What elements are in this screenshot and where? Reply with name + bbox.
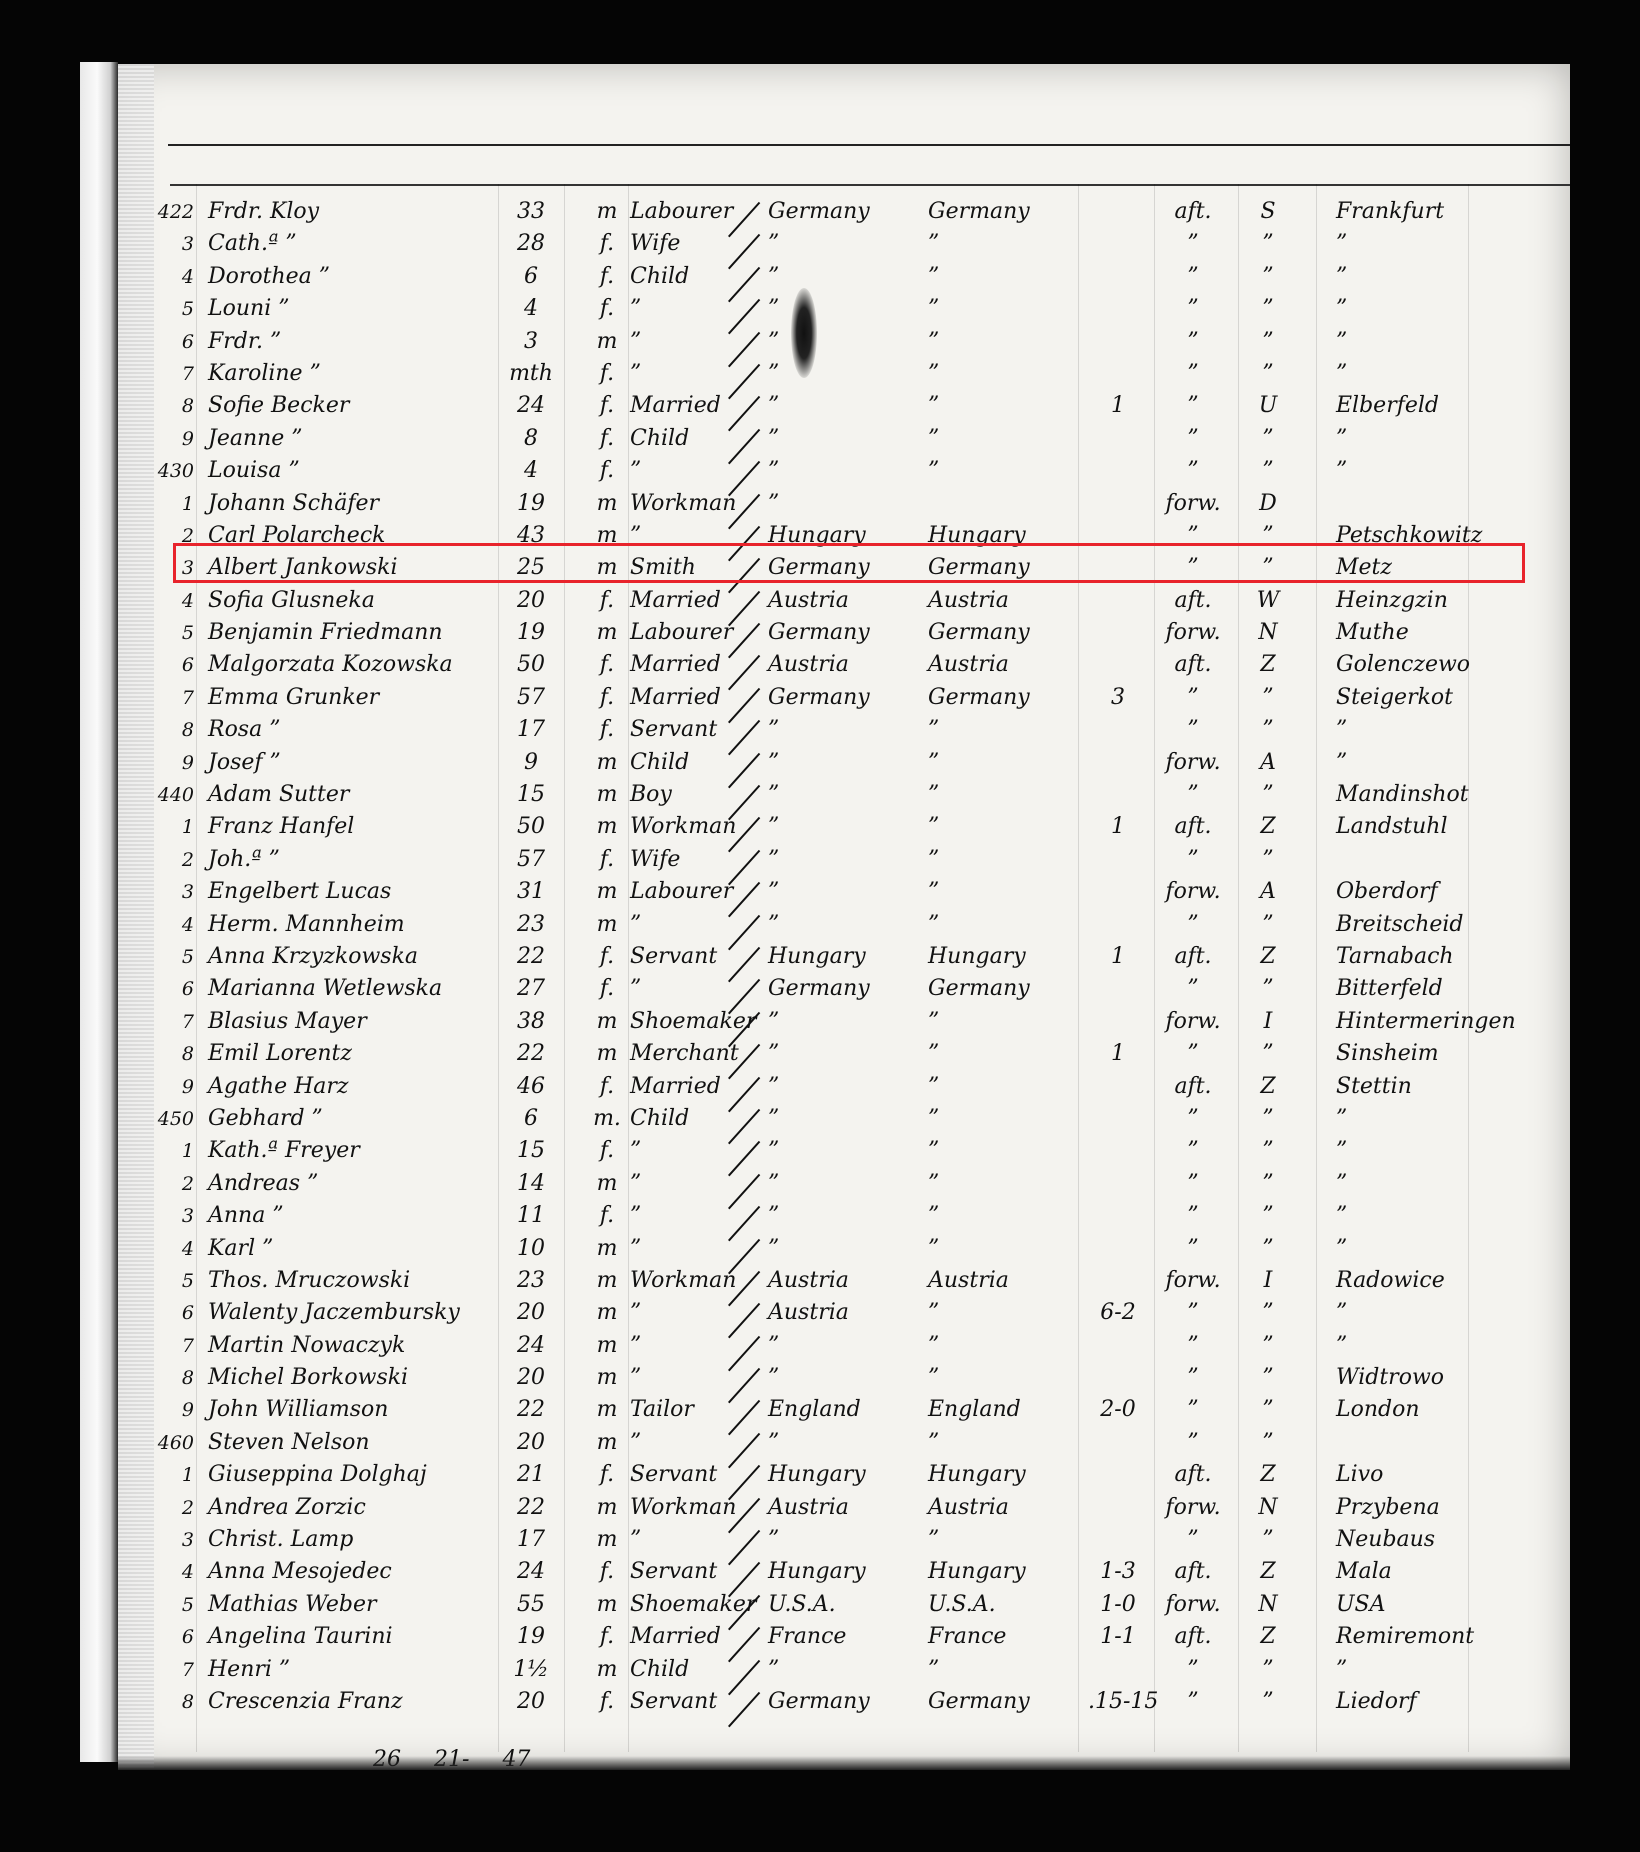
age: 23 [506,1265,556,1297]
destination: ” [1336,1330,1347,1362]
sex: m [592,1394,622,1426]
citizenship: ” [768,1200,779,1232]
row-number: 5 [152,1589,194,1621]
compartment: ” [1158,261,1228,293]
row-number: 3 [152,552,194,584]
age: 57 [506,844,556,876]
section: Z [1248,941,1288,973]
sex: f. [592,1071,622,1103]
table-row: 460Steven Nelson20m””””” [118,1427,1570,1459]
row-number: 7 [152,358,194,390]
age: 24 [506,390,556,422]
section: U [1248,390,1288,422]
age: 9 [506,747,556,779]
age: 50 [506,649,556,681]
occupation: Servant [630,1686,717,1718]
compartment: forw. [1158,1492,1228,1524]
citizenship: ” [768,876,779,908]
passenger-name: Andreas ” [208,1168,318,1200]
compartment: ” [1158,520,1228,552]
compartment: ” [1158,1330,1228,1362]
nationality: ” [928,844,939,876]
nationality: Germany [928,617,1030,649]
sex: m [592,1524,622,1556]
passenger-name: Gebhard ” [208,1103,323,1135]
citizenship: ” [768,455,779,487]
citizenship: ” [768,1038,779,1070]
citizenship: ” [768,423,779,455]
passenger-name: Henri ” [208,1654,290,1686]
nationality: ” [928,1006,939,1038]
sex: m [592,1265,622,1297]
citizenship: ” [768,1135,779,1167]
passenger-name: Walenty Jaczembursky [208,1297,460,1329]
row-number: 4 [152,585,194,617]
table-row: 5Thos. Mruczowski23mWorkmanAustriaAustri… [118,1265,1570,1297]
sex: m [592,520,622,552]
nationality: ” [928,1233,939,1265]
table-row: 5Mathias Weber55mShoemakerU.S.A.U.S.A.1-… [118,1589,1570,1621]
occupation: Married [630,1071,721,1103]
age: 22 [506,1492,556,1524]
tally-note: 1-0 [1088,1589,1148,1621]
age: 1½ [506,1654,556,1686]
compartment: forw. [1158,1006,1228,1038]
destination: Muthe [1336,617,1409,649]
table-row: 9John Williamson22mTailorEnglandEngland2… [118,1394,1570,1426]
row-number: 4 [152,1233,194,1265]
sex: m [592,779,622,811]
age: 28 [506,228,556,260]
destination: Stettin [1336,1071,1412,1103]
passenger-name: Crescenzia Franz [208,1686,403,1718]
section: ” [1248,1135,1288,1167]
sex: m [592,1233,622,1265]
row-number: 7 [152,1006,194,1038]
section: ” [1248,1297,1288,1329]
destination: ” [1336,714,1347,746]
section: ” [1248,520,1288,552]
age: 22 [506,1038,556,1070]
section: I [1248,1265,1288,1297]
book-binding [80,62,118,1762]
age: 31 [506,876,556,908]
sex: m [592,747,622,779]
section: ” [1248,1038,1288,1070]
table-row: 7Karoline ”mthf.”””””” [118,358,1570,390]
row-number: 450 [152,1103,194,1135]
row-number: 8 [152,1362,194,1394]
citizenship: Germany [768,1686,870,1718]
passenger-list: 422Frdr. Kloy33mLabourerGermanyGermanyaf… [118,196,1570,1718]
sex: m [592,1362,622,1394]
compartment: forw. [1158,617,1228,649]
passenger-name: Louni ” [208,293,289,325]
age: mth [506,358,556,390]
nationality: ” [928,1071,939,1103]
table-row: 1Franz Hanfel50mWorkman””1aft.ZLandstuhl [118,811,1570,843]
occupation: Child [630,423,689,455]
compartment: forw. [1158,747,1228,779]
occupation: ” [630,293,641,325]
sex: f. [592,941,622,973]
citizenship: ” [768,844,779,876]
table-row: 2Andreas ”14m”””””” [118,1168,1570,1200]
row-number: 430 [152,455,194,487]
compartment: ” [1158,1297,1228,1329]
sex: m [592,1038,622,1070]
age: 17 [506,714,556,746]
nationality: ” [928,1427,939,1459]
nationality: ” [928,1168,939,1200]
occupation: Servant [630,941,717,973]
row-number: 9 [152,1071,194,1103]
citizenship: Austria [768,1297,849,1329]
occupation: Married [630,1621,721,1653]
occupation: Smith [630,552,696,584]
passenger-name: Johann Schäfer [208,488,379,520]
sex: m [592,876,622,908]
manifest-page: 422Frdr. Kloy33mLabourerGermanyGermanyaf… [118,64,1570,1770]
nationality: Germany [928,973,1030,1005]
occupation: ” [630,973,641,1005]
compartment: ” [1158,909,1228,941]
nationality: Hungary [928,1459,1026,1491]
nationality: ” [928,714,939,746]
passenger-name: Michel Borkowski [208,1362,408,1394]
passenger-name: Engelbert Lucas [208,876,391,908]
nationality: ” [928,1524,939,1556]
occupation: Workman [630,811,736,843]
section: Z [1248,1459,1288,1491]
passenger-name: Benjamin Friedmann [208,617,443,649]
destination: ” [1336,293,1347,325]
nationality: ” [928,390,939,422]
destination: Radowice [1336,1265,1445,1297]
occupation: Servant [630,714,717,746]
age: 46 [506,1071,556,1103]
passenger-name: Marianna Wetlewska [208,973,442,1005]
compartment: ” [1158,1686,1228,1718]
destination: ” [1336,423,1347,455]
age: 4 [506,293,556,325]
section: ” [1248,1427,1288,1459]
occupation: Shoemaker [630,1589,756,1621]
tally-note: 1-3 [1088,1556,1148,1588]
section: ” [1248,261,1288,293]
destination: Breitscheid [1336,909,1464,941]
passenger-name: Sofie Becker [208,390,349,422]
nationality: ” [928,423,939,455]
page-bottom-shadow [118,1756,1570,1770]
compartment: ” [1158,423,1228,455]
compartment: forw. [1158,1265,1228,1297]
row-number: 422 [152,196,194,228]
nationality: ” [928,1103,939,1135]
occupation: ” [630,1135,641,1167]
citizenship: Hungary [768,1556,866,1588]
section: ” [1248,844,1288,876]
passenger-name: Carl Polarcheck [208,520,385,552]
sex: m [592,552,622,584]
nationality: ” [928,1362,939,1394]
compartment: aft. [1158,941,1228,973]
citizenship: ” [768,714,779,746]
row-number: 5 [152,941,194,973]
nationality: ” [928,1330,939,1362]
nationality: ” [928,1297,939,1329]
section: ” [1248,1168,1288,1200]
citizenship: ” [768,747,779,779]
sex: f. [592,649,622,681]
age: 20 [506,1427,556,1459]
occupation: ” [630,1200,641,1232]
age: 23 [506,909,556,941]
table-row: 7Henri ”1½mChild””””” [118,1654,1570,1686]
compartment: ” [1158,1524,1228,1556]
row-number: 2 [152,844,194,876]
destination: Bitterfeld [1336,973,1443,1005]
tally-note: 3 [1088,682,1148,714]
sex: f. [592,1686,622,1718]
row-number: 1 [152,811,194,843]
destination: ” [1336,1654,1347,1686]
destination: ” [1336,455,1347,487]
passenger-name: Anna Mesojedec [208,1556,392,1588]
sex: m [592,1589,622,1621]
table-row: 3Anna ”11f.”””””” [118,1200,1570,1232]
age: 19 [506,1621,556,1653]
nationality: ” [928,1038,939,1070]
citizenship: Austria [768,1492,849,1524]
table-row: 8Michel Borkowski20m”””””Widtrowo [118,1362,1570,1394]
destination: Tarnabach [1336,941,1454,973]
occupation: Wife [630,844,680,876]
section: ” [1248,552,1288,584]
age: 24 [506,1330,556,1362]
passenger-name: Martin Nowaczyk [208,1330,405,1362]
citizenship: ” [768,909,779,941]
sex: f. [592,1621,622,1653]
citizenship: ” [768,488,779,520]
citizenship: Germany [768,617,870,649]
destination: Petschkowitz [1336,520,1482,552]
age: 20 [506,585,556,617]
sex: m [592,488,622,520]
compartment: aft. [1158,1556,1228,1588]
destination: Mandinshot [1336,779,1469,811]
passenger-name: Jeanne ” [208,423,303,455]
destination: ” [1336,1103,1347,1135]
destination: Elberfeld [1336,390,1439,422]
citizenship: Germany [768,552,870,584]
age: 19 [506,617,556,649]
section: ” [1248,293,1288,325]
citizenship: U.S.A. [768,1589,836,1621]
age: 19 [506,488,556,520]
nationality: Germany [928,552,1030,584]
section: A [1248,876,1288,908]
row-number: 7 [152,682,194,714]
row-number: 6 [152,1621,194,1653]
row-number: 9 [152,423,194,455]
compartment: ” [1158,973,1228,1005]
occupation: ” [630,1427,641,1459]
table-row: 6Marianna Wetlewska27f.”GermanyGermany””… [118,973,1570,1005]
occupation: Child [630,261,689,293]
table-row: 2Carl Polarcheck43m”HungaryHungary””Pets… [118,520,1570,552]
destination: Przybena [1336,1492,1440,1524]
section: N [1248,1589,1288,1621]
section: ” [1248,358,1288,390]
passenger-name: Angelina Taurini [208,1621,393,1653]
age: 11 [506,1200,556,1232]
compartment: ” [1158,682,1228,714]
destination: Widtrowo [1336,1362,1444,1394]
age: 33 [506,196,556,228]
sex: m [592,196,622,228]
age: 14 [506,1168,556,1200]
row-number: 7 [152,1330,194,1362]
occupation: Child [630,1654,689,1686]
section: ” [1248,326,1288,358]
sex: m [592,909,622,941]
section: ” [1248,682,1288,714]
occupation: Workman [630,1265,736,1297]
occupation: Married [630,649,721,681]
sex: f. [592,293,622,325]
table-row: 7Martin Nowaczyk24m”””””” [118,1330,1570,1362]
nationality: Germany [928,196,1030,228]
row-number: 2 [152,1492,194,1524]
compartment: aft. [1158,585,1228,617]
occupation: Servant [630,1556,717,1588]
row-number: 4 [152,909,194,941]
destination: ” [1336,326,1347,358]
destination: Sinsheim [1336,1038,1439,1070]
age: 20 [506,1686,556,1718]
sex: f. [592,1459,622,1491]
compartment: aft. [1158,811,1228,843]
citizenship: ” [768,779,779,811]
table-row: 8Sofie Becker24f.Married””1”UElberfeld [118,390,1570,422]
table-row: 3Christ. Lamp17m”””””Neubaus [118,1524,1570,1556]
passenger-name: Mathias Weber [208,1589,377,1621]
section: A [1248,747,1288,779]
sex: m [592,1492,622,1524]
nationality: U.S.A. [928,1589,996,1621]
section: ” [1248,1233,1288,1265]
nationality: ” [928,261,939,293]
occupation: Child [630,747,689,779]
destination: ” [1336,1297,1347,1329]
passenger-name: Malgorzata Kozowska [208,649,453,681]
table-row: 422Frdr. Kloy33mLabourerGermanyGermanyaf… [118,196,1570,228]
passenger-name: Joh.ª ” [208,844,280,876]
row-number: 1 [152,1135,194,1167]
compartment: ” [1158,390,1228,422]
destination: Mala [1336,1556,1392,1588]
section: ” [1248,1103,1288,1135]
citizenship: ” [768,390,779,422]
table-row: 1Kath.ª Freyer15f.”””””” [118,1135,1570,1167]
table-row-highlighted: 3Albert Jankowski25mSmithGermanyGermany”… [118,552,1570,584]
passenger-name: Thos. Mruczowski [208,1265,410,1297]
compartment: forw. [1158,488,1228,520]
table-row: 4Anna Mesojedec24f.ServantHungaryHungary… [118,1556,1570,1588]
sex: f. [592,844,622,876]
occupation: Tailor [630,1394,694,1426]
destination: Frankfurt [1336,196,1444,228]
table-row: 8Rosa ”17f.Servant””””” [118,714,1570,746]
destination: ” [1336,1135,1347,1167]
sex: m [592,1006,622,1038]
age: 55 [506,1589,556,1621]
passenger-name: Dorothea ” [208,261,330,293]
destination: ” [1336,228,1347,260]
section: Z [1248,649,1288,681]
row-number: 5 [152,617,194,649]
citizenship: Hungary [768,520,866,552]
destination: ” [1336,358,1347,390]
destination: ” [1336,747,1347,779]
section: ” [1248,228,1288,260]
occupation: Workman [630,1492,736,1524]
destination: Oberdorf [1336,876,1438,908]
compartment: aft. [1158,1621,1228,1653]
section: ” [1248,455,1288,487]
destination: Golenczewo [1336,649,1470,681]
section: Z [1248,1556,1288,1588]
table-row: 4Herm. Mannheim23m”””””Breitscheid [118,909,1570,941]
passenger-name: Louisa ” [208,455,300,487]
pen-stroke [728,1692,760,1728]
nationality: Hungary [928,520,1026,552]
citizenship: ” [768,1427,779,1459]
occupation: Married [630,390,721,422]
section: ” [1248,1200,1288,1232]
tally-note: 1 [1088,390,1148,422]
age: 15 [506,779,556,811]
age: 20 [506,1362,556,1394]
section: Z [1248,1621,1288,1653]
age: 3 [506,326,556,358]
citizenship: ” [768,1103,779,1135]
row-number: 6 [152,973,194,1005]
table-row: 6Angelina Taurini19f.MarriedFranceFrance… [118,1621,1570,1653]
section: ” [1248,1394,1288,1426]
citizenship: Germany [768,682,870,714]
occupation: Married [630,585,721,617]
nationality: England [928,1394,1021,1426]
age: 22 [506,941,556,973]
citizenship: ” [768,1330,779,1362]
compartment: ” [1158,1168,1228,1200]
passenger-name: Emil Lorentz [208,1038,352,1070]
occupation: Boy [630,779,672,811]
nationality: Hungary [928,1556,1026,1588]
nationality: Austria [928,585,1009,617]
citizenship: Germany [768,196,870,228]
age: 38 [506,1006,556,1038]
table-row: 6Walenty Jaczembursky20m”Austria”6-2””” [118,1297,1570,1329]
age: 8 [506,423,556,455]
table-row: 1Giuseppina Dolghaj21f.ServantHungaryHun… [118,1459,1570,1491]
age: 25 [506,552,556,584]
nationality: ” [928,747,939,779]
compartment: ” [1158,1233,1228,1265]
sex: m. [592,1103,622,1135]
